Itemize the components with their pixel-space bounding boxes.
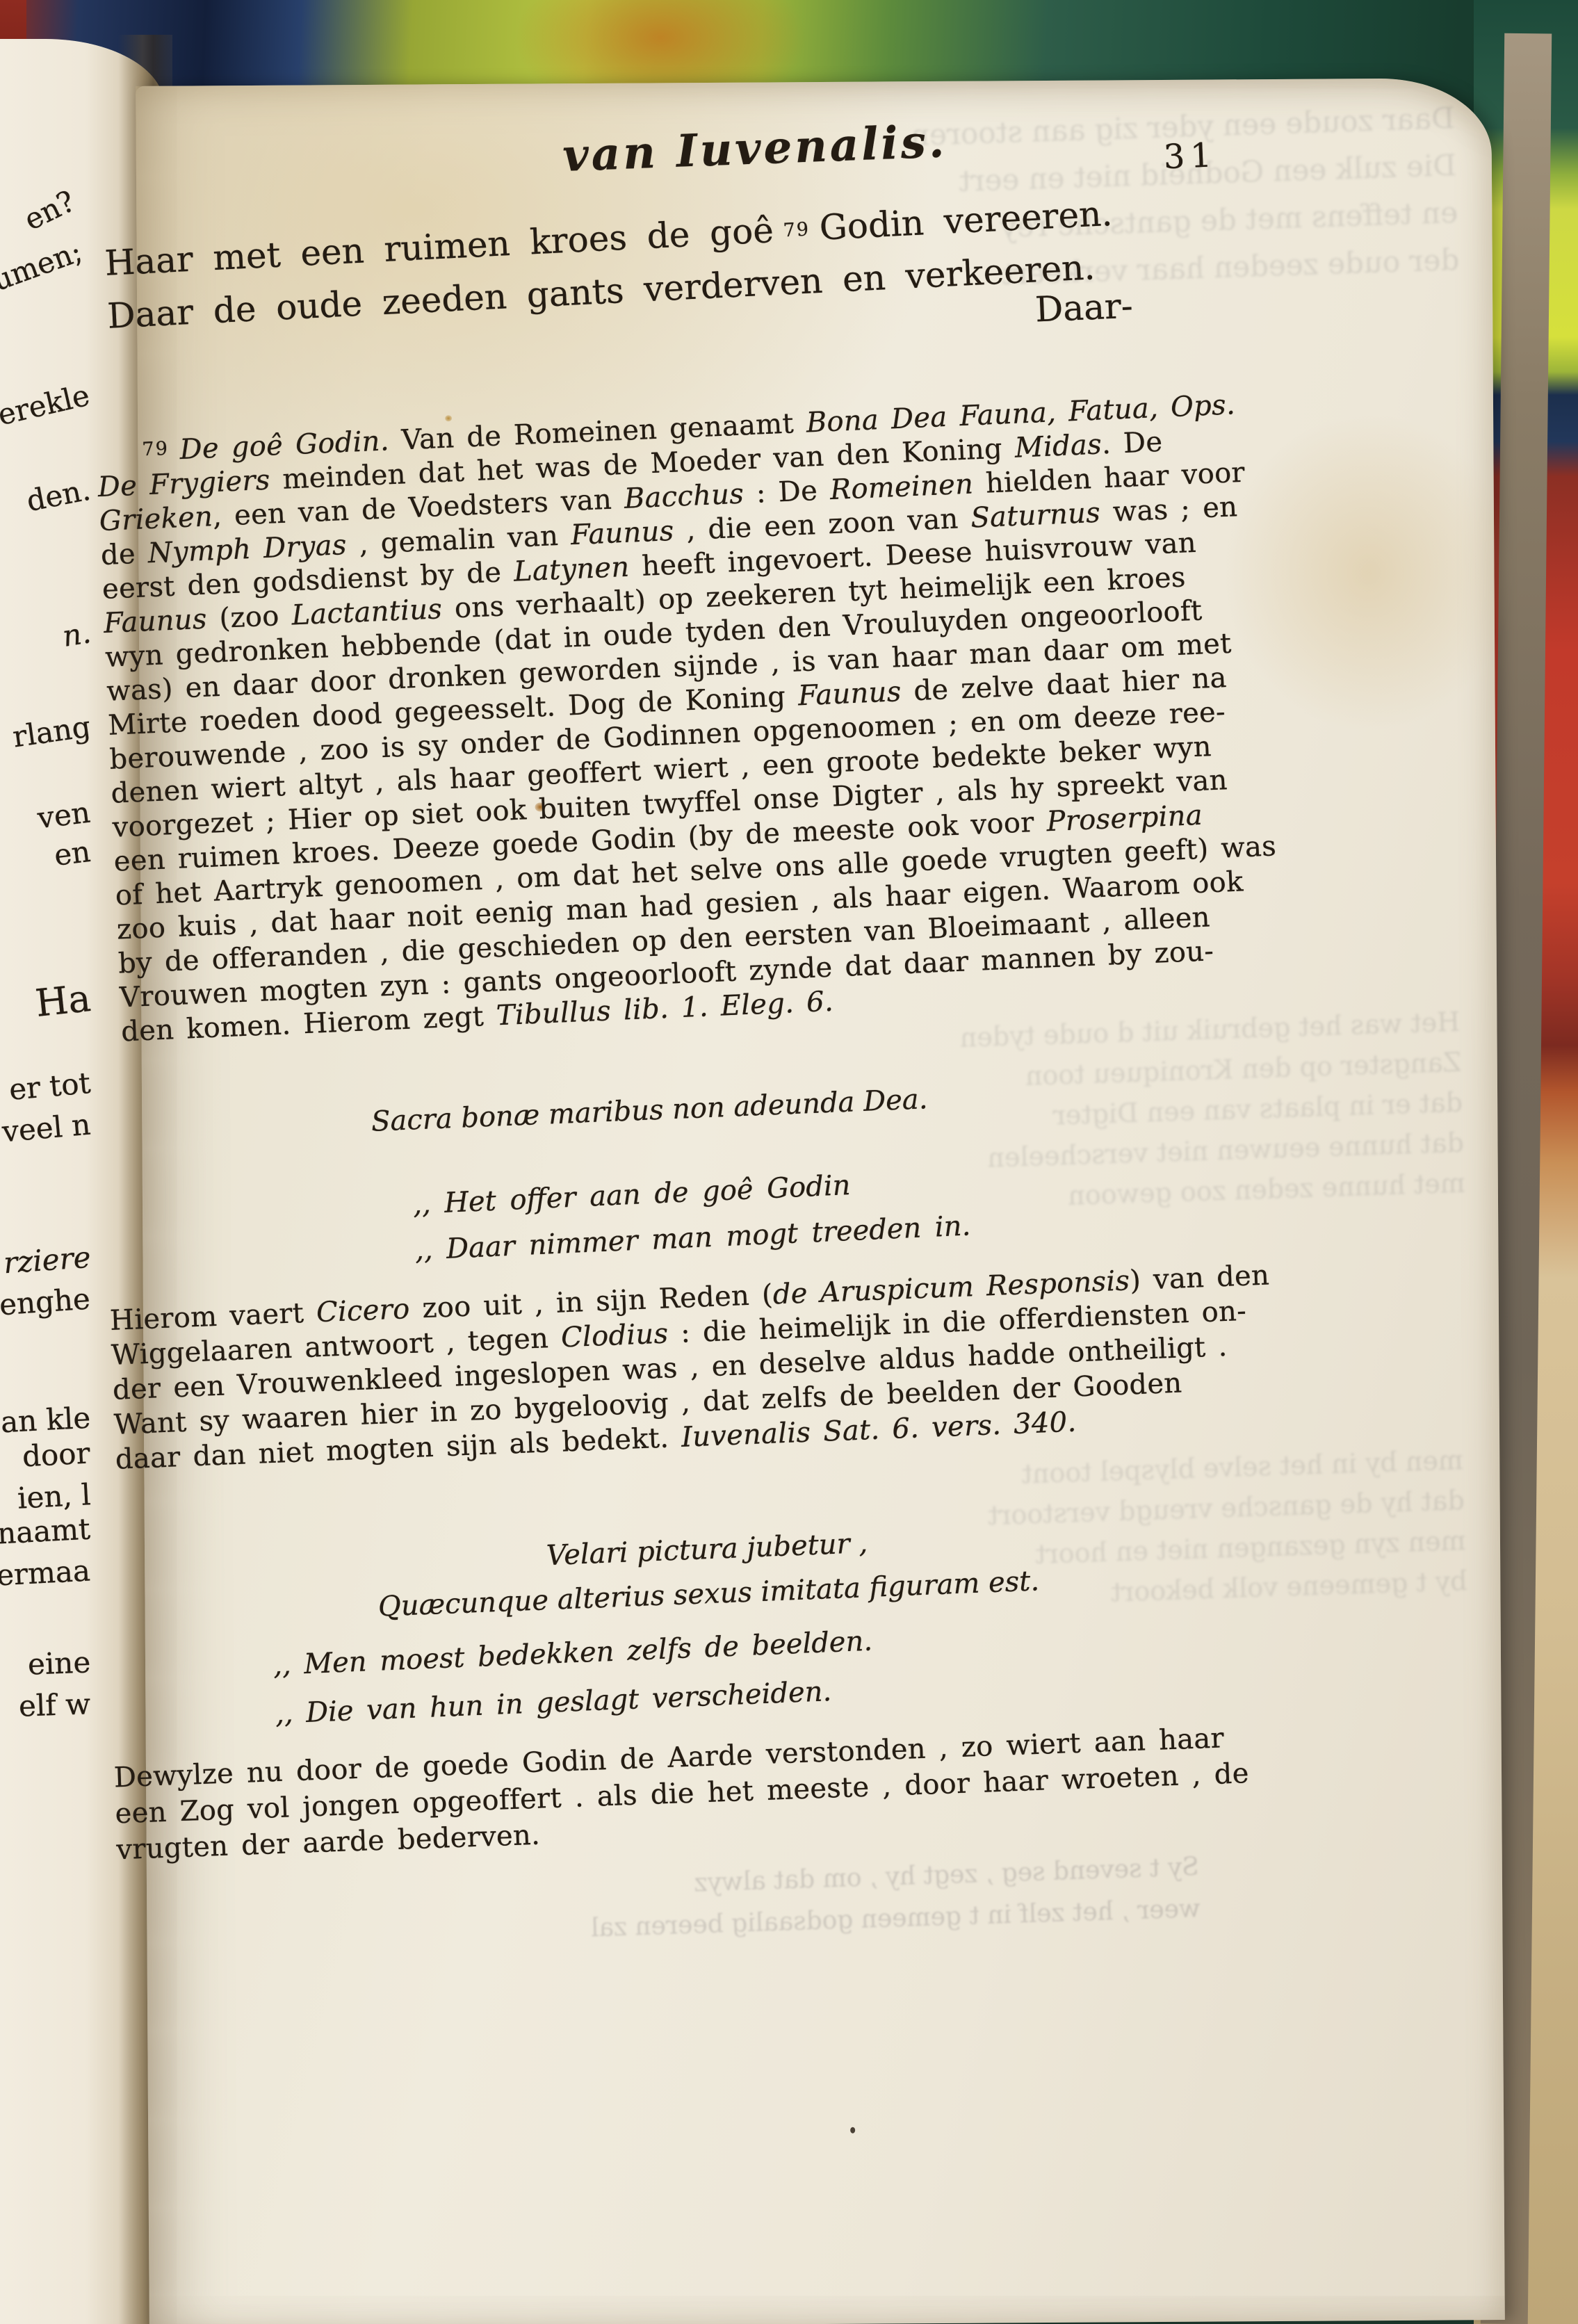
- facing-page-text-fragment: ermaa: [0, 1554, 91, 1593]
- facing-page-text-fragment: enghe: [0, 1282, 92, 1322]
- facing-page-text-fragment: ien, l: [16, 1477, 91, 1515]
- facing-page-text-fragment: eine: [27, 1645, 91, 1681]
- text: (zoo: [206, 599, 293, 635]
- text: 79: [142, 437, 180, 460]
- text: : De: [743, 474, 831, 510]
- italic-text: Clodius: [560, 1317, 669, 1354]
- facing-page-text-fragment: Ha: [33, 976, 92, 1025]
- text: ) van den: [1129, 1259, 1270, 1297]
- italic-text: De Frygiers: [97, 464, 271, 504]
- facing-page-text-fragment: umen;: [0, 234, 86, 298]
- italic-text: Proserpina: [1046, 799, 1203, 838]
- italic-text: Faunus: [797, 676, 902, 712]
- facing-page-text-fragment: er tot: [8, 1066, 92, 1107]
- catchword: Daar-: [1034, 286, 1134, 330]
- facing-page-text-fragment: elf w: [18, 1687, 91, 1723]
- facing-page-text-fragment: rziere: [2, 1240, 92, 1281]
- italic-text: Latynen: [513, 551, 630, 588]
- italic-text: Faunus: [103, 603, 207, 640]
- facing-page-text-fragment: den.: [24, 473, 93, 519]
- facing-page-text-fragment: ven: [36, 795, 92, 836]
- verse-text: Godin vereeren.: [818, 193, 1113, 248]
- footnote-block: 79 De goê Godin. Van de Romeinen genaamt…: [96, 385, 1283, 1050]
- paper-speck: [850, 2127, 855, 2134]
- book-photo-scene: en?umen;erekleden.n.rlangvenenHaer totve…: [0, 0, 1578, 2324]
- facing-page-text-fragment: erekle: [0, 378, 93, 432]
- commentary-paragraph: Dewylze nu door de goede Godin de Aarde …: [113, 1719, 1251, 1868]
- page-number: 31: [1163, 136, 1218, 177]
- facing-page-text-fragment: rlang: [10, 709, 92, 754]
- facing-page-text-fragment: door: [22, 1436, 91, 1473]
- italic-text: Midas: [1014, 428, 1103, 464]
- facing-page-text-fragment: en?: [19, 184, 80, 237]
- dutch-translation-quote: ,, Men moest bedekken zelfs de beelden.,…: [273, 1617, 876, 1739]
- italic-text: Grieken: [99, 501, 213, 537]
- text: was ; en: [1100, 491, 1238, 528]
- facing-page-text-fragment: an kle: [0, 1401, 91, 1440]
- commentary-paragraph: Hierom vaert Cicero zoo uit , in sijn Re…: [109, 1258, 1276, 1477]
- italic-text: Faunus: [570, 515, 674, 551]
- italic-text: Cicero: [316, 1293, 410, 1328]
- italic-text: Lactantius: [291, 593, 443, 631]
- italic-text: Romeinen: [829, 468, 974, 506]
- bleedthrough-text: Sy t sevend seg , zegt hy , om dat alwyz…: [212, 1846, 1201, 1962]
- text: . De: [1101, 426, 1163, 461]
- book-page: Daar zoude een yder zig aan stoorenDie z…: [136, 78, 1505, 2324]
- footnote-reference-number: 79: [783, 218, 811, 241]
- text: de: [100, 537, 149, 571]
- facing-page-text-fragment: n.: [60, 615, 93, 653]
- facing-page-text-fragment: veel n: [1, 1107, 92, 1149]
- facing-page-text-fragment: en: [52, 834, 92, 872]
- dutch-translation-quote: ,, Het offer aan de goê Godin,, Daar nim…: [412, 1157, 972, 1273]
- italic-text: Bacchus: [624, 478, 745, 515]
- facing-page-text-fragment: naamt: [0, 1512, 91, 1551]
- italic-text: Saturnus: [970, 497, 1100, 535]
